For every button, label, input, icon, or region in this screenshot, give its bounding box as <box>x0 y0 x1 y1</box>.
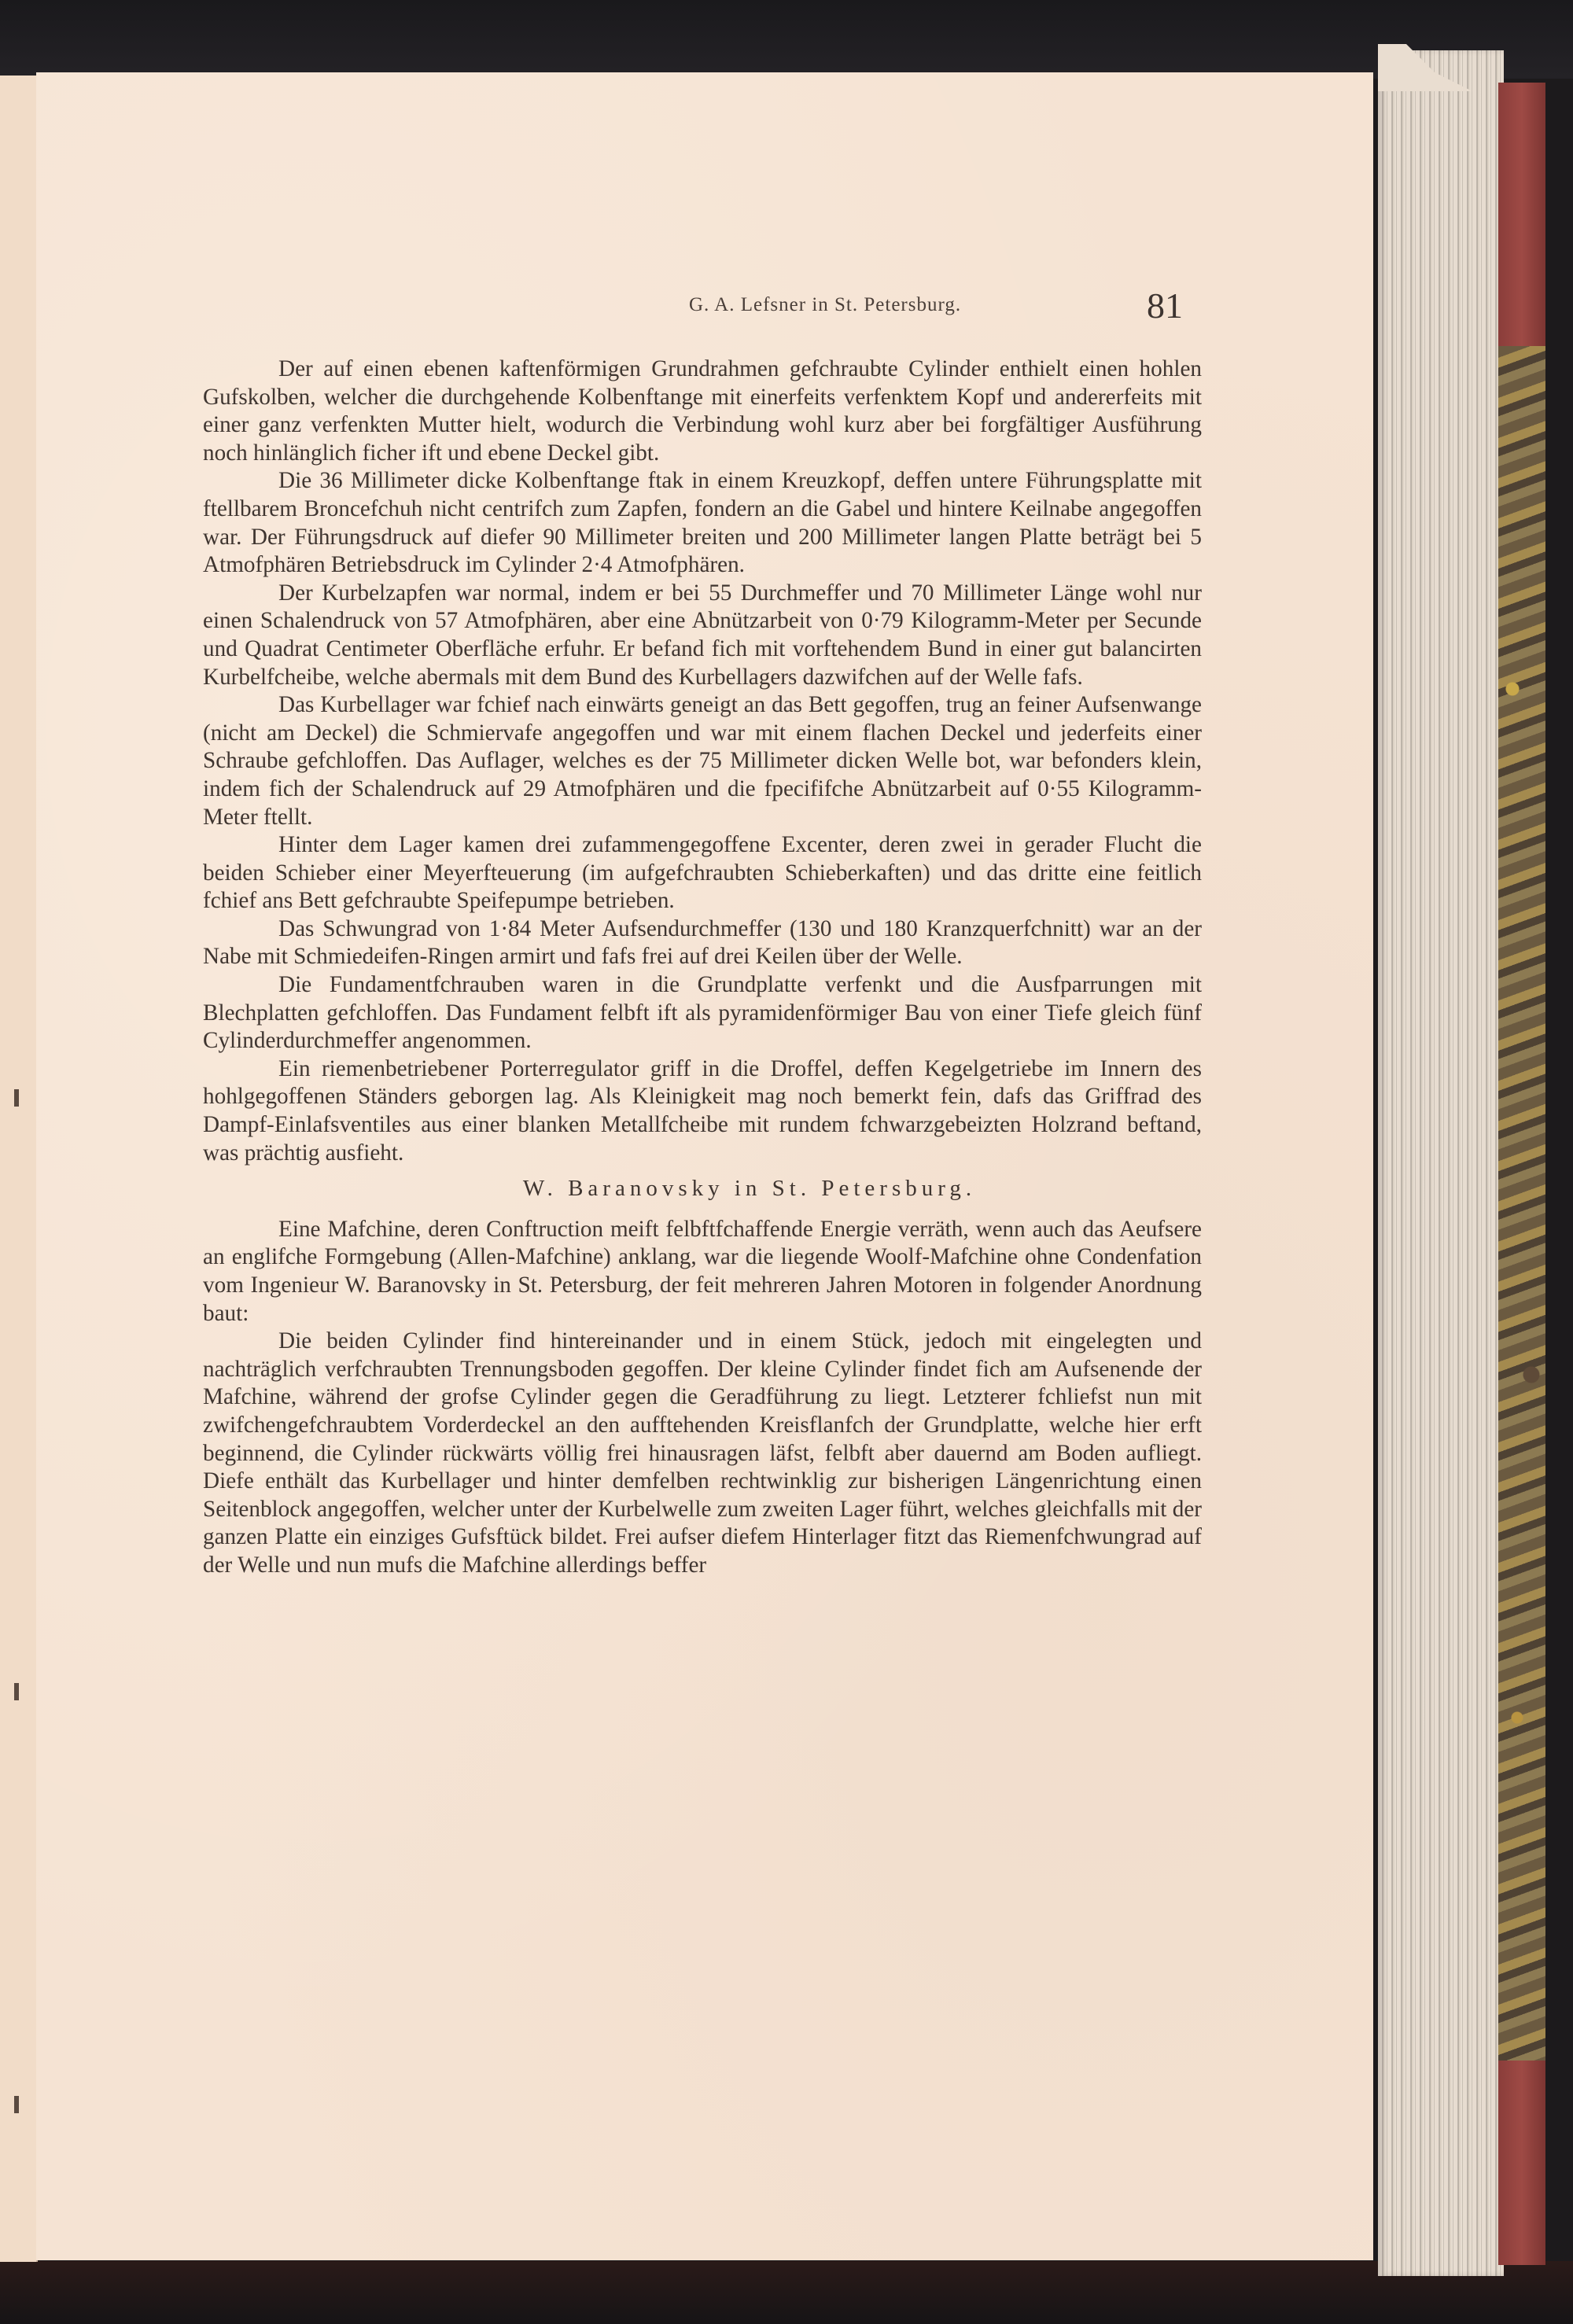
paragraph: Der auf einen ebenen kaftenförmigen Grun… <box>203 355 1202 467</box>
section-paragraph: Eine Mafchine, deren Conftruction meift … <box>203 1216 1202 1328</box>
book-cover-marbled-board <box>1498 346 1545 2061</box>
running-head: G. A. Lefsner in St. Petersburg. <box>453 269 1161 316</box>
running-head-title: G. A. Lefsner in St. Petersburg. <box>689 294 961 316</box>
paragraph: Der Kurbelzapfen war normal, indem er be… <box>203 580 1202 691</box>
page-number: 81 <box>1147 285 1183 326</box>
margin-tick-mark <box>14 2096 19 2113</box>
paragraph: Das Kurbellager war fchief nach einwärts… <box>203 691 1202 831</box>
paragraph: Die Fundamentfchrauben waren in die Grun… <box>203 971 1202 1055</box>
body-text: Der auf einen ebenen kaftenförmigen Grun… <box>203 355 1202 1580</box>
facing-page-edge <box>0 76 38 2262</box>
paragraph: Das Schwungrad von 1·84 Meter Aufsendurc… <box>203 915 1202 971</box>
photo-backdrop-bottom <box>0 2261 1573 2324</box>
paragraph: Ein riemenbetriebener Porterregulator gr… <box>203 1055 1202 1167</box>
paragraph: Hinter dem Lager kamen drei zufammengego… <box>203 831 1202 915</box>
paragraph: Die 36 Millimeter dicke Kolbenftange fta… <box>203 467 1202 579</box>
page-fore-edge <box>1378 50 1504 2276</box>
section-heading: W. Baranovsky in St. Petersburg. <box>203 1175 1202 1203</box>
photo-backdrop-top <box>0 0 1573 79</box>
section-paragraph: Die beiden Cylinder find hintereinander … <box>203 1328 1202 1579</box>
margin-tick-mark <box>14 1683 19 1700</box>
margin-tick-mark <box>14 1089 19 1107</box>
